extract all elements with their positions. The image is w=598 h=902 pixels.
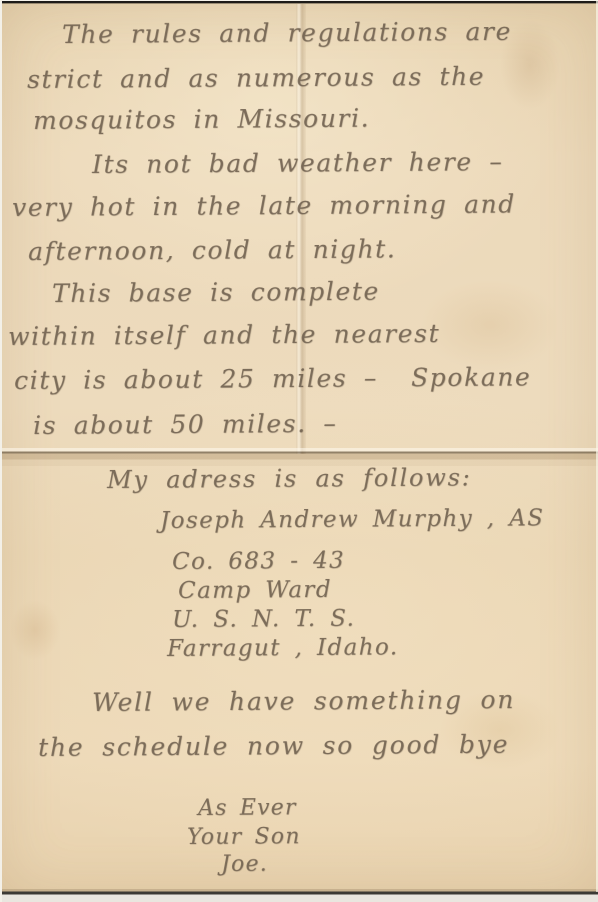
letter-line: the schedule now so good bye xyxy=(38,730,509,762)
address-line: U. S. N. T. S. xyxy=(172,606,355,633)
scan-edge-top xyxy=(0,0,598,4)
signature: Joe. xyxy=(221,852,268,877)
horizontal-fold-crease xyxy=(0,448,598,466)
scanned-letter: The rules and regulations are strict and… xyxy=(0,0,598,902)
address-line: Co. 683 - 43 xyxy=(172,548,345,575)
letter-line: is about 50 miles. – xyxy=(33,409,338,440)
address-line: Farragut , Idaho. xyxy=(167,634,399,662)
letter-line: afternoon, cold at night. xyxy=(28,234,396,266)
letter-line: city is about 25 miles – Spokane xyxy=(14,362,531,395)
signoff-line: Your Son xyxy=(187,824,301,850)
signoff-line: As Ever xyxy=(198,795,297,821)
letter-line: This base is complete xyxy=(52,277,380,308)
letter-line: within itself and the nearest xyxy=(8,319,440,351)
letter-line: Well we have something on xyxy=(92,685,515,717)
letter-line: Its not bad weather here – xyxy=(92,147,504,179)
letter-line: The rules and regulations are xyxy=(62,17,512,49)
letter-line: very hot in the late morning and xyxy=(12,189,516,222)
address-intro: My adress is as follows: xyxy=(107,463,472,494)
scan-edge-left xyxy=(0,0,2,902)
letter-line: mosquitos in Missouri. xyxy=(33,104,370,135)
address-line: Camp Ward xyxy=(178,577,332,604)
letter-line: strict and as numerous as the xyxy=(27,62,485,94)
scan-edge-bottom xyxy=(0,889,598,902)
address-line: Joseph Andrew Murphy , AS xyxy=(160,505,544,534)
